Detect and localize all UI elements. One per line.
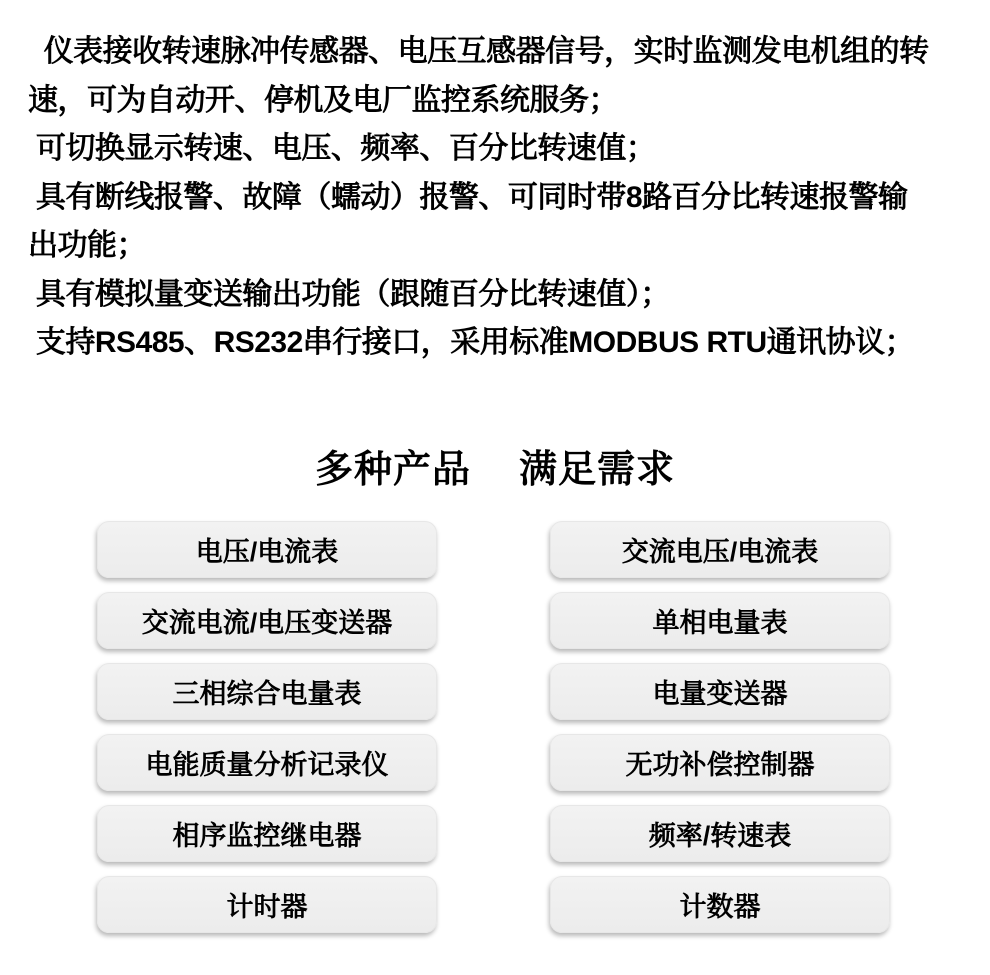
section-title-left: 多种产品 xyxy=(315,438,471,493)
product-button[interactable]: 单相电量表 xyxy=(550,592,890,649)
product-button[interactable]: 交流电压/电流表 xyxy=(550,521,890,578)
product-button[interactable]: 相序监控继电器 xyxy=(97,805,437,862)
feature-line: 速，可为自动开、停机及电厂监控系统服务； xyxy=(28,77,978,126)
feature-paragraph: 仪表接收转速脉冲传感器、电压互感器信号，实时监测发电机组的转 速，可为自动开、停… xyxy=(28,28,978,368)
product-description-page: 仪表接收转速脉冲传感器、电压互感器信号，实时监测发电机组的转 速，可为自动开、停… xyxy=(0,0,990,975)
product-button[interactable]: 电压/电流表 xyxy=(97,521,437,578)
feature-line: 具有模拟量变送输出功能（跟随百分比转速值）； xyxy=(28,271,978,320)
feature-line: 支持RS485、RS232串行接口，采用标准MODBUS RTU通讯协议； xyxy=(28,319,978,368)
product-grid: 电压/电流表 交流电压/电流表 交流电流/电压变送器 单相电量表 三相综合电量表… xyxy=(97,521,890,933)
product-button[interactable]: 电量变送器 xyxy=(550,663,890,720)
product-button[interactable]: 三相综合电量表 xyxy=(97,663,437,720)
feature-line: 可切换显示转速、电压、频率、百分比转速值； xyxy=(28,125,978,174)
feature-line: 出功能； xyxy=(28,222,978,271)
product-button[interactable]: 交流电流/电压变送器 xyxy=(97,592,437,649)
product-button[interactable]: 无功补偿控制器 xyxy=(550,734,890,791)
product-button[interactable]: 计时器 xyxy=(97,876,437,933)
product-button[interactable]: 频率/转速表 xyxy=(550,805,890,862)
feature-line: 仪表接收转速脉冲传感器、电压互感器信号，实时监测发电机组的转 xyxy=(28,28,978,77)
product-button[interactable]: 电能质量分析记录仪 xyxy=(97,734,437,791)
section-title: 多种产品 满足需求 xyxy=(0,438,990,493)
product-button[interactable]: 计数器 xyxy=(550,876,890,933)
feature-line: 具有断线报警、故障（蠕动）报警、可同时带8路百分比转速报警输 xyxy=(28,174,978,223)
section-title-right: 满足需求 xyxy=(519,438,675,493)
